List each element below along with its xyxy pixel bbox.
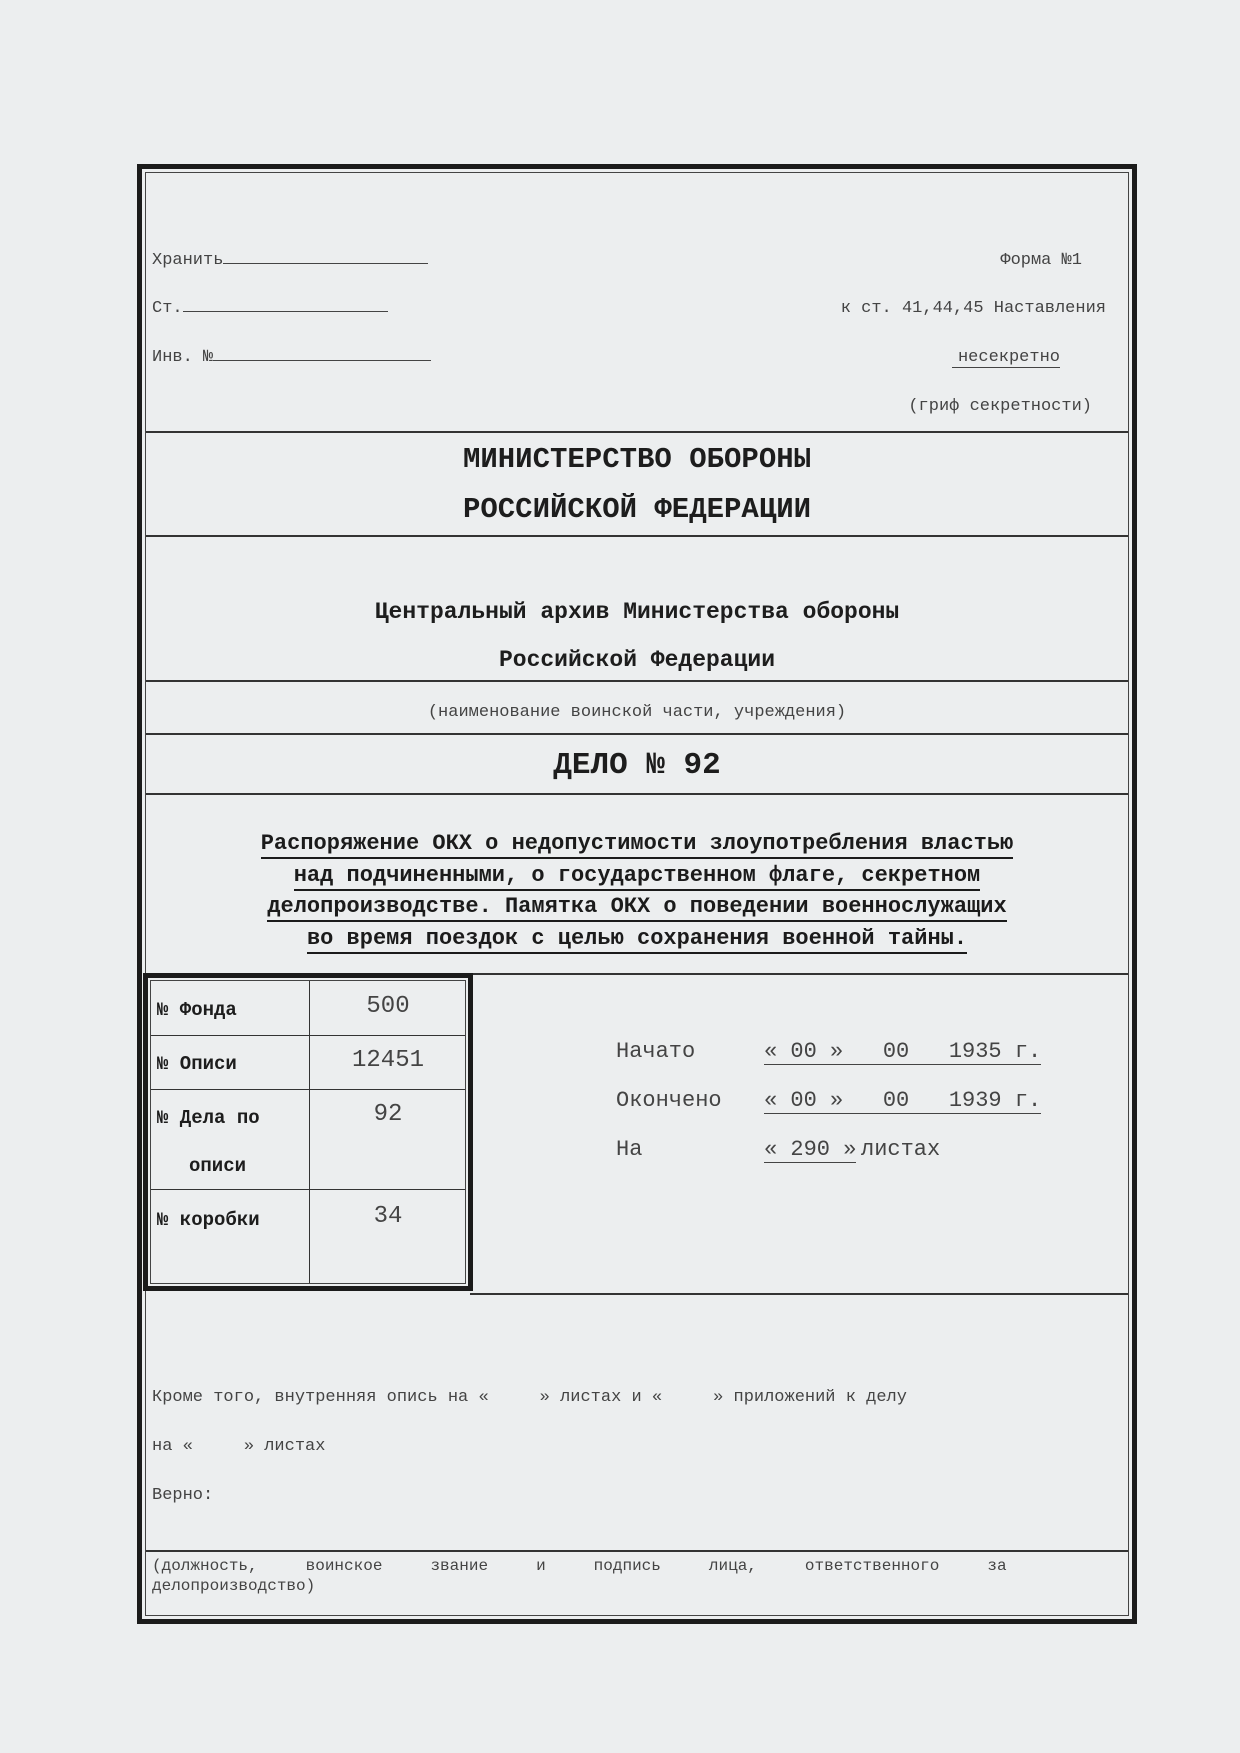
sheets-row: На « 290 » листах	[616, 1137, 642, 1162]
fond-value[interactable]: 500	[311, 993, 465, 1020]
article-label: Ст.	[152, 299, 183, 318]
box-value[interactable]: 34	[311, 1203, 465, 1230]
case-title: ДЕЛО № 92	[146, 748, 1128, 783]
divider	[146, 733, 1128, 735]
keep-label: Хранить	[152, 251, 223, 270]
started-value[interactable]: « 00 » 00 1935 г.	[764, 1039, 1041, 1065]
description-line: делопроизводстве. Памятка ОКХ о поведени…	[146, 891, 1128, 923]
form-number: Форма №1	[1000, 251, 1082, 270]
case-by-opis-label: № Дела по	[157, 1107, 260, 1129]
divider	[146, 1550, 1128, 1552]
fond-label: № Фонда	[157, 999, 237, 1021]
archive-line-1: Центральный архив Министерства обороны	[146, 599, 1128, 625]
keep-blank[interactable]	[223, 263, 428, 264]
inventory-number-blank[interactable]	[213, 360, 431, 361]
description-line: Распоряжение ОКХ о недопустимости злоупо…	[146, 828, 1128, 860]
divider	[146, 680, 1128, 682]
divider	[146, 431, 1128, 433]
ended-row: Окончено « 00 » 00 1939 г.	[616, 1088, 722, 1113]
archive-line-2: Российской Федерации	[146, 647, 1128, 673]
signature-caption-1: (должность, воинское звание и подпись ли…	[152, 1557, 1007, 1575]
additional-inventory-line: Кроме того, внутренняя опись на « » лист…	[152, 1388, 907, 1407]
description-line: над подчиненными, о государственном флаг…	[146, 860, 1128, 892]
additional-sheets-line: на « » листах	[152, 1437, 325, 1456]
table-row: № коробки 34	[151, 1189, 465, 1287]
divider	[470, 1293, 1128, 1295]
classification-caption: (гриф секретности)	[908, 397, 1092, 416]
ministry-line-2: РОССИЙСКОЙ ФЕДЕРАЦИИ	[146, 493, 1128, 526]
table-row: № Описи 12451	[151, 1035, 465, 1090]
started-label: Начато	[616, 1039, 695, 1064]
case-description: Распоряжение ОКХ о недопустимости злоупо…	[146, 828, 1128, 954]
ended-label: Окончено	[616, 1088, 722, 1113]
divider	[146, 793, 1128, 795]
opis-value[interactable]: 12451	[311, 1047, 465, 1074]
case-cover-inner-frame: Хранить Ст. Инв. № Форма №1 к ст. 41,44,…	[145, 172, 1129, 1616]
inventory-number-label: Инв. №	[152, 348, 213, 367]
case-cover-frame: Хранить Ст. Инв. № Форма №1 к ст. 41,44,…	[137, 164, 1137, 1624]
table-row: № Фонда 500	[151, 981, 465, 1036]
case-by-opis-value[interactable]: 92	[311, 1101, 465, 1128]
archive-caption: (наименование воинской части, учреждения…	[146, 703, 1128, 722]
ministry-line-1: МИНИСТЕРСТВО ОБОРОНЫ	[146, 443, 1128, 476]
case-by-opis-label-2: описи	[189, 1155, 246, 1177]
ended-value[interactable]: « 00 » 00 1939 г.	[764, 1088, 1041, 1114]
certified-label: Верно:	[152, 1486, 213, 1505]
description-line: во время поездок с целью сохранения воен…	[146, 923, 1128, 955]
sheets-value[interactable]: « 290 »	[764, 1137, 856, 1163]
box-label: № коробки	[157, 1209, 260, 1231]
article-blank[interactable]	[183, 311, 388, 312]
signature-caption-2: делопроизводство)	[152, 1577, 315, 1595]
article-field: Ст.	[152, 299, 388, 318]
table-row: № Дела по описи 92	[151, 1089, 465, 1190]
inventory-table-inner: № Фонда 500 № Описи 12451 № Дела по опис…	[150, 980, 466, 1284]
divider	[146, 535, 1128, 537]
opis-label: № Описи	[157, 1053, 237, 1075]
started-row: Начато « 00 » 00 1935 г.	[616, 1039, 695, 1064]
keep-field: Хранить	[152, 251, 428, 270]
sheets-suffix: листах	[861, 1137, 940, 1162]
inventory-number-field: Инв. №	[152, 348, 431, 367]
sheets-label: На	[616, 1137, 642, 1162]
inventory-table: № Фонда 500 № Описи 12451 № Дела по опис…	[143, 973, 473, 1291]
reference-text: к ст. 41,44,45 Наставления	[841, 299, 1106, 318]
classification-value: несекретно	[952, 348, 1060, 368]
